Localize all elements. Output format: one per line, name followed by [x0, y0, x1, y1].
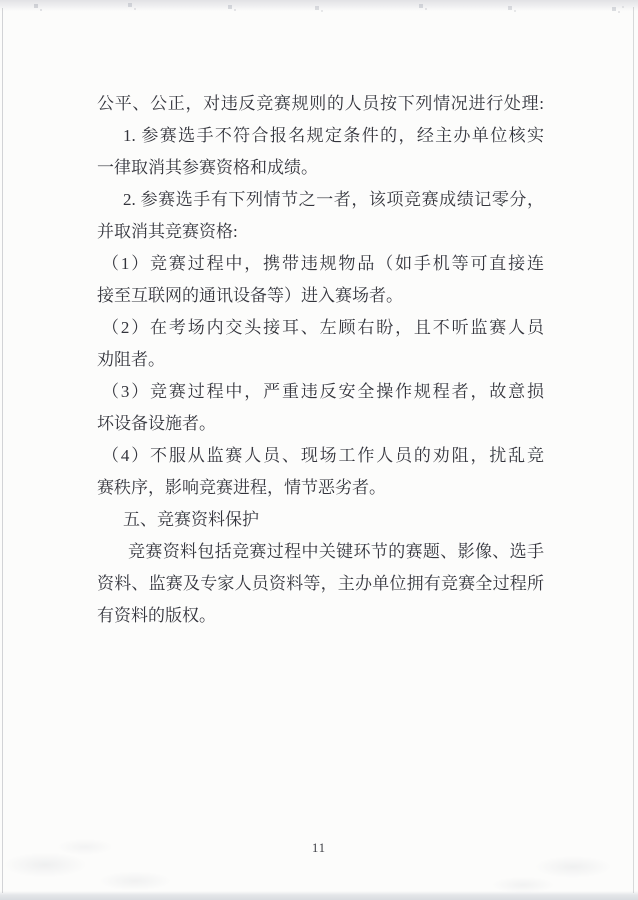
text-line: （4）不服从监赛人员、现场工作人员的劝阻，扰乱竞 [97, 440, 544, 472]
scanned-document-page: 公平、公正，对违反竞赛规则的人员按下列情况进行处理: 1. 参赛选手不符合报名规… [0, 0, 638, 900]
text-line: 竞赛资料包括竞赛过程中关键环节的赛题、影像、选手 [97, 536, 544, 568]
text-line: 2. 参赛选手有下列情节之一者，该项竞赛成绩记零分， [97, 184, 544, 216]
document-body: 公平、公正，对违反竞赛规则的人员按下列情况进行处理: 1. 参赛选手不符合报名规… [97, 88, 544, 632]
text-line: 坏设备设施者。 [97, 408, 544, 440]
text-line: （1）竞赛过程中，携带违规物品（如手机等可直接连 [97, 248, 544, 280]
scan-edge-right [633, 7, 634, 893]
page-number: 11 [0, 841, 638, 856]
text-line: （2）在考场内交头接耳、左顾右盼，且不听监赛人员 [97, 312, 544, 344]
text-line: 有资料的版权。 [97, 600, 544, 632]
text-line: 资料、监赛及专家人员资料等，主办单位拥有竞赛全过程所 [97, 568, 544, 600]
text-line: （3）竞赛过程中，严重违反安全操作规程者，故意损 [97, 376, 544, 408]
text-line: 劝阻者。 [97, 344, 544, 376]
text-line: 接至互联网的通讯设备等）进入赛场者。 [97, 280, 544, 312]
scan-edge-top [0, 0, 638, 11]
scan-edge-left [2, 8, 3, 893]
scan-noise [0, 0, 2, 2]
section-heading: 五、竞赛资料保护 [97, 504, 544, 536]
text-line: 并取消其竞赛资格: [97, 216, 544, 248]
text-line: 公平、公正，对违反竞赛规则的人员按下列情况进行处理: [97, 88, 544, 120]
text-line: 1. 参赛选手不符合报名规定条件的，经主办单位核实后， [97, 120, 544, 152]
text-line: 一律取消其参赛资格和成绩。 [97, 152, 544, 184]
text-line: 赛秩序，影响竞赛进程，情节恶劣者。 [97, 472, 544, 504]
